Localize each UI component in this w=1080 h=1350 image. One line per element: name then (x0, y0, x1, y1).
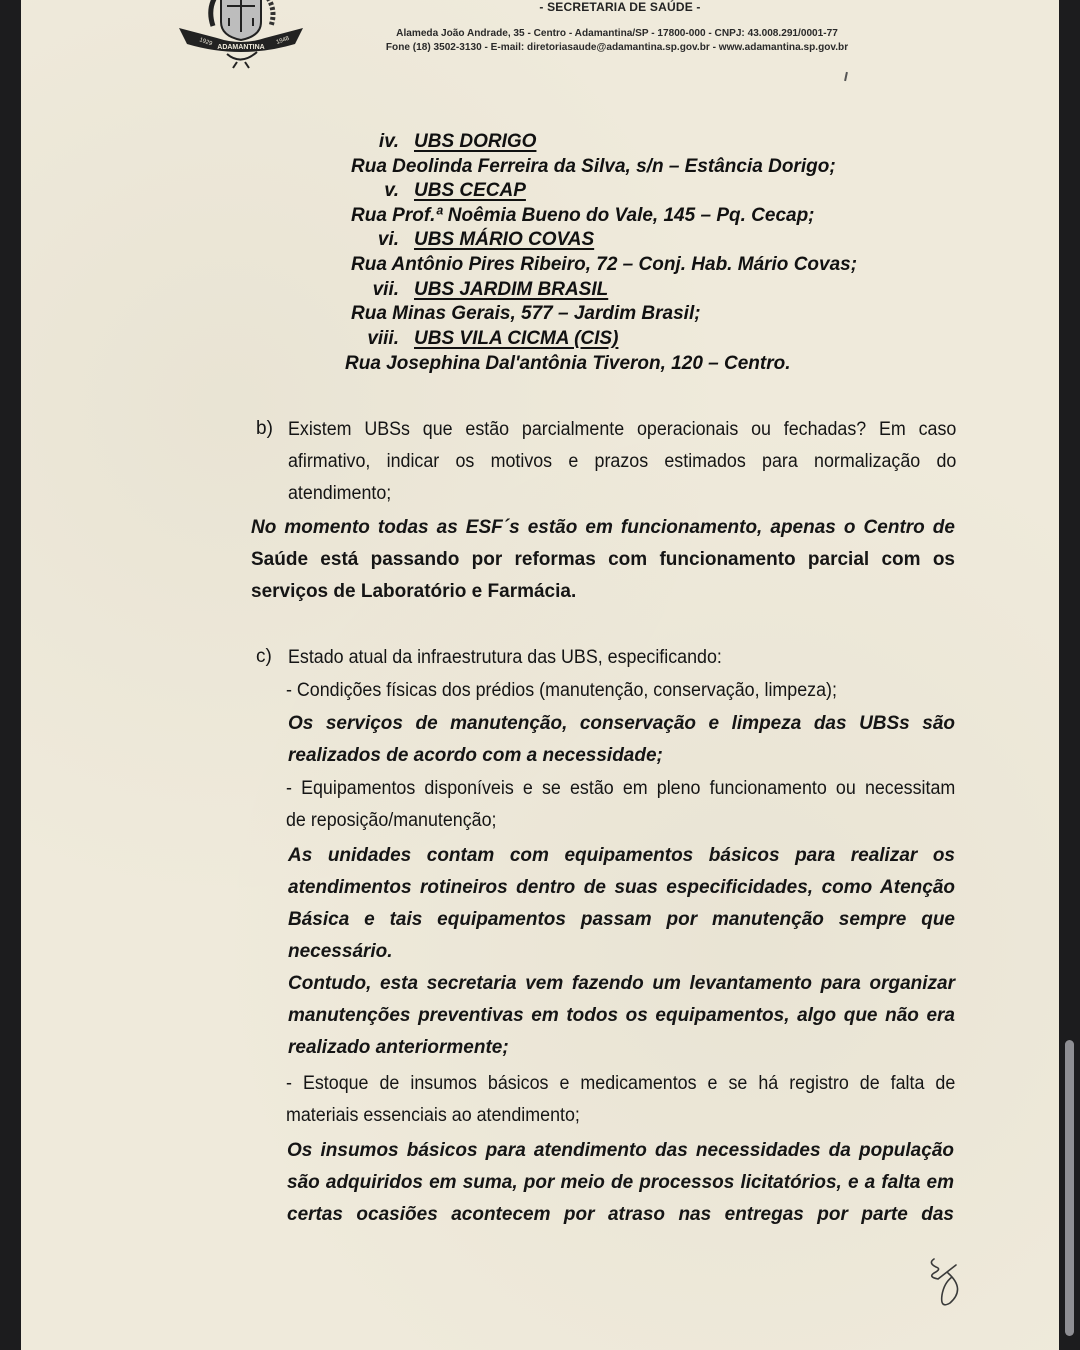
ubs-address: Rua Prof.ª Noêmia Bueno do Vale, 145 – P… (351, 205, 815, 227)
ubs-name: UBS VILA CICMA (CIS) (414, 328, 618, 350)
answer-c-item-3: Os insumos básicos para atendimento das … (287, 1135, 954, 1231)
ubs-name: UBS MÁRIO COVAS (414, 229, 594, 251)
list-numeral: vi. (339, 229, 399, 251)
question-c-item-3: - Estoque de insumos básicos e medicamen… (286, 1068, 955, 1132)
answer-c-item-2: As unidades contam com equipamentos bási… (288, 840, 955, 1064)
ubs-name: UBS JARDIM BRASIL (414, 279, 608, 301)
vertical-scrollbar[interactable] (1065, 1040, 1074, 1336)
question-c-intro: Estado atual da infraestrutura das UBS, … (288, 642, 946, 674)
answer-b-text: No momento todas as ESF´s estão em funci… (251, 512, 955, 608)
ubs-name: UBS DORIGO (414, 131, 536, 153)
ubs-name: UBS CECAP (414, 180, 526, 202)
address-line: Alameda João Andrade, 35 - Centro - Adam… (348, 27, 886, 39)
list-numeral: viii. (339, 328, 399, 350)
question-c-item-2: - Equipamentos disponíveis e se estão em… (286, 773, 955, 837)
list-numeral: v. (339, 180, 399, 202)
list-numeral: vii. (339, 279, 399, 301)
question-b-label: b) (256, 418, 273, 440)
ubs-address: Rua Antônio Pires Ribeiro, 72 – Conj. Ha… (351, 254, 857, 276)
ubs-address: Rua Deolinda Ferreira da Silva, s/n – Es… (351, 156, 836, 178)
question-c-label: c) (256, 646, 272, 668)
question-c-item-1: - Condições físicas dos prédios (manuten… (286, 675, 944, 707)
list-numeral: iv. (339, 131, 399, 153)
ubs-address: Rua Minas Gerais, 577 – Jardim Brasil; (351, 303, 701, 325)
handwritten-page-number (926, 1255, 986, 1315)
answer-c-item-1: Os serviços de manutenção, conservação e… (288, 708, 955, 772)
document-page: ADAMANTINA 1929 1948 - SECRETARIA DE SAÚ… (21, 0, 1059, 1350)
ubs-address: Rua Josephina Dal'antônia Tiveron, 120 –… (345, 353, 791, 375)
contact-line: Fone (18) 3502-3130 - E-mail: diretorias… (348, 41, 886, 53)
svg-text:ADAMANTINA: ADAMANTINA (217, 44, 264, 51)
department-title: - SECRETARIA DE SAÚDE - (21, 0, 1059, 14)
question-b-text: Existem UBSs que estão parcialmente oper… (288, 414, 956, 510)
scan-mark (844, 72, 848, 81)
